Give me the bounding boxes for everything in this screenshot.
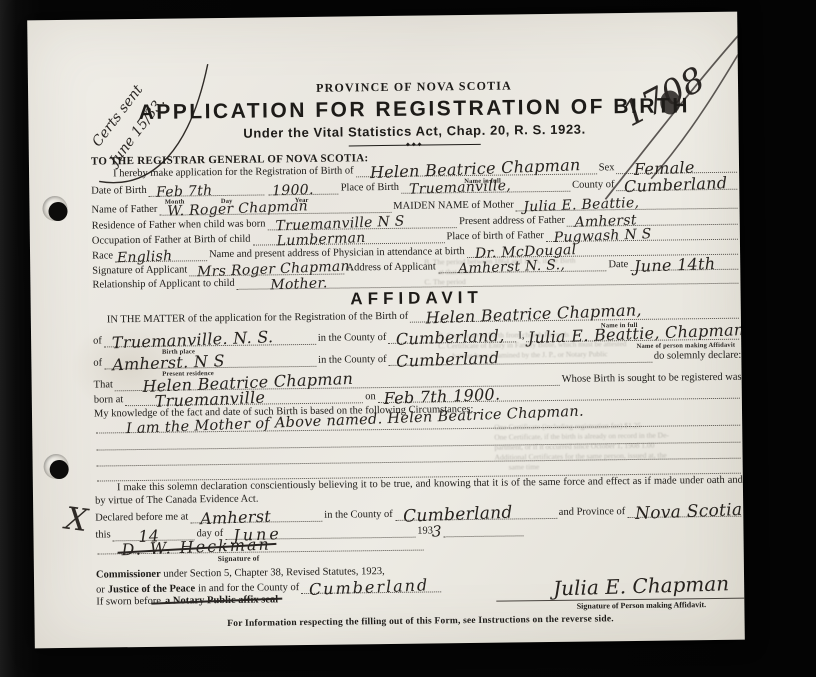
residence-value: Truemanville N S [275,215,405,232]
that-label: That [94,379,113,391]
dob-label: Date of Birth [91,185,147,198]
footer-note: For Information respecting the filling o… [97,613,745,631]
present-address-field: Amherst [567,212,738,227]
name-field: Helen Beatrice Chapman Name in full [356,161,597,177]
father-value: W. Roger Chapman [167,200,308,217]
race-label: Race [92,250,113,262]
applicant-addr-label: Address of Applicant [346,261,435,274]
pob-field: Truemanville, [401,179,570,194]
punch-hole-top [42,196,67,221]
justice-bold: Justice of the Peace [108,583,195,596]
residence-field: Truemanville N S [267,215,457,230]
race-field: English [115,248,207,262]
aff-county1-value: Cumberland, [396,330,505,346]
residence-label: Residence of Father when child was born [92,218,266,232]
whose-label: Whose Birth is sought to be registered w… [562,372,742,386]
this-label: this [95,529,110,541]
declared-county-field: Cumberland [395,506,557,521]
aff-row-birthplace: of Truemanville. N. S. Birth place in th… [93,327,741,348]
aff-county1-label: in the County of [318,332,387,345]
on-label: on [365,391,376,403]
matter-label: IN THE MATTER of the application for the… [107,311,408,327]
scan-background: Certs sent June 15/33. 1708 X B. The per… [0,0,816,677]
present-address-label: Present address of Father [459,215,565,228]
county-label: County of [572,179,614,192]
of-label: of [93,335,102,347]
affiant-signature-block: Julia E. Chapman Signature of Person mak… [496,572,745,612]
county-value: Cumberland [624,177,728,193]
father-pob-field: Pugwash N S [546,227,738,242]
punch-hole-top-inner [48,202,67,221]
commissioner-sig-field: D. W. Heckman Signature of [98,538,424,555]
maiden-label: MAIDEN NAME of Mother [393,199,514,212]
declared-place-value: Amherst [200,511,271,526]
occupation-field: Lumberman [252,230,444,245]
declarant-field: Julia E. Beattie, Chapman, Name of perso… [526,327,739,343]
date-field: June 14th [630,257,738,271]
notary-struck-text: a Notary Public affix seal [165,594,278,607]
race-value: English [117,250,173,264]
signature-of-sublabel: Signature of [218,553,260,566]
declared-label: Declared before me at [95,511,188,524]
punch-hole-bottom [43,454,68,479]
pob-value: Truemanville, [409,180,511,196]
declared-province-label: and Province of [559,506,626,519]
father-pob-label: Place of birth of Father [446,230,544,243]
affiant-signature-line: Julia E. Chapman [496,572,745,602]
declare-label: do solemnly declare: [654,350,742,363]
ornamental-divider: ◆◆◆ [349,144,481,147]
aff-row-residence: of Amherst. N S Present residence in the… [93,349,741,370]
born-place-field: Truemanville [125,390,363,406]
declared-place-field: Amherst [190,509,322,524]
aff-county2-value: Cumberland [396,352,500,368]
applicant-addr-field: Amherst N. S., [438,258,607,273]
declared-county-label: in the County of [324,509,393,522]
or-label: or [96,584,105,596]
applicant-sig-field: Mrs Roger Chapman. [189,262,344,277]
punch-hole-bottom-inner [50,460,69,479]
birthplace-field: Truemanville. N. S. Birth place [104,332,316,348]
intro-label: I hereby make application for the Regist… [113,165,354,180]
applicant-sig-label: Signature of Applicant [92,264,187,277]
year-printed: 193 [417,525,433,537]
aff-county2-label: in the County of [318,354,387,367]
occupation-value: Lumberman [276,232,365,247]
dob-field: Feb 7th Month Day [149,182,265,196]
occupation-label: Occupation of Father at Birth of child [92,234,251,248]
year-rule [443,523,523,537]
relationship-label: Relationship of Applicant to child [92,278,234,292]
sex-label: Sex [599,162,615,174]
date-label: Date [608,259,628,271]
maiden-value: Julia E. Beattie, [523,197,639,213]
margin-x-mark: X [63,501,89,540]
declared-province-field: Nova Scotia [627,504,741,518]
aff-county2-field: Cumberland [389,350,652,366]
commissioner-bold: Commissioner [96,569,161,581]
aff-name-field: Helen Beatrice Chapman, Name in full [410,306,739,323]
affiant-signature-value: Julia E. Chapman [553,571,730,600]
father-label: Name of Father [91,204,157,217]
declared-county-value: Cumberland [402,507,512,523]
year-digit: 3 [432,525,442,537]
document-paper: Certs sent June 15/33. 1708 X B. The per… [27,12,745,649]
i-label: I, [518,330,524,342]
born-label: born at [94,394,124,406]
aff-residence-field: Amherst. N S Present residence [104,354,316,370]
born-date-value: Feb 7th 1900. [383,389,500,405]
father-field: W. Roger Chapman [159,200,391,216]
declared-row: Declared before me at Amherst in the Cou… [95,504,743,525]
born-place-value: Truemanville [155,392,266,408]
pob-label: Place of Birth [341,182,399,195]
of-label: of [93,357,102,369]
commissioner-sig-row: D. W. Heckman Signature of [96,538,426,555]
maiden-field: Julia E. Beattie, [516,196,738,212]
county-field: Cumberland [616,177,737,191]
sex-field: Female [616,160,737,174]
declared-province-value: Nova Scotia [635,504,743,520]
year-field: 1900. Year [269,182,339,196]
aff-county1-field: Cumberland, [388,329,516,344]
